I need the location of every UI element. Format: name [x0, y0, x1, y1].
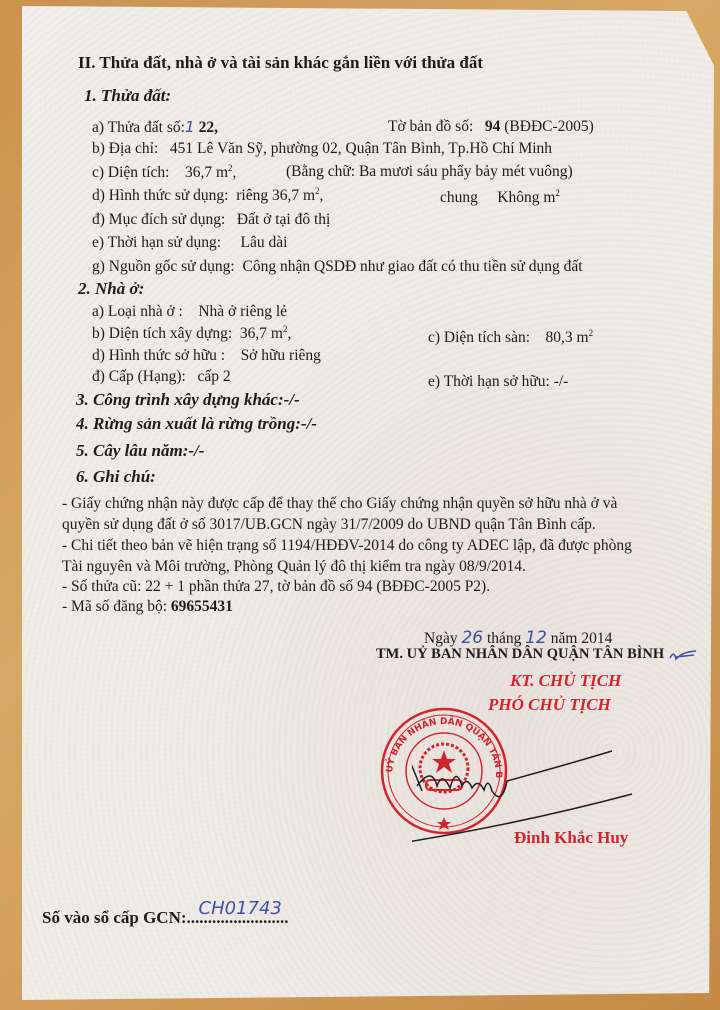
purpose-label: đ) Mục đích sử dụng:	[92, 211, 225, 228]
grade-label: đ) Cấp (Hạng):	[92, 368, 186, 385]
note-line: quyền sử dụng đất ở số 3017/UB.GCN ngày …	[62, 516, 596, 534]
note-line: - Chi tiết theo bản vẽ hiện trạng số 119…	[62, 537, 632, 555]
authority-text: TM. UỶ BAN NHÂN DÂN QUẬN TÂN BÌNH	[376, 646, 664, 662]
purpose-value: Đất ở tại đô thị	[237, 211, 330, 228]
parcel-row: a) Thửa đất số:1 22,	[92, 118, 218, 137]
origin-row: g) Nguồn gốc sử dụng: Công nhận QSDĐ như…	[92, 258, 583, 276]
parcel-label: a) Thửa đất số:	[92, 119, 185, 136]
area-label: c) Diện tích:	[92, 164, 169, 181]
usage-private: riêng 36,7 m	[236, 187, 315, 204]
grade-value: cấp 2	[197, 368, 230, 385]
day-label: Ngày	[424, 630, 458, 647]
area-words: (Bằng chữ: Ba mươi sáu phẩy bảy mét vuôn…	[286, 163, 573, 181]
map-sheet-row: Tờ bản đồ số: 94 (BĐĐC-2005)	[388, 118, 594, 136]
registration-row: - Mã số đăng bộ: 69655431	[62, 598, 233, 616]
parcel-number: 22,	[199, 119, 218, 136]
usage-shared-label: chung	[440, 189, 478, 206]
area-value: 36,7 m	[185, 164, 228, 181]
certificate-book-row: Số vào sổ cấp GCN:......................…	[42, 908, 289, 928]
build-area-value: 36,7 m	[240, 325, 283, 342]
build-area-label: b) Diện tích xây dựng:	[92, 325, 232, 342]
perennial-heading: 5. Cây lâu năm:-/-	[76, 441, 204, 461]
map-sheet-code: (BĐĐC-2005)	[504, 118, 594, 135]
house-type-value: Nhà ở riêng lẻ	[198, 303, 287, 320]
month-value: 12	[525, 628, 547, 648]
floor-area-label: c) Diện tích sàn:	[428, 329, 530, 346]
house-type-label: a) Loại nhà ở :	[92, 303, 183, 320]
term-label: e) Thời hạn sử dụng:	[92, 234, 221, 251]
house-heading: 2. Nhà ở:	[78, 279, 144, 299]
term-row: e) Thời hạn sử dụng: Lâu dài	[92, 234, 287, 252]
day-value: 26	[461, 628, 483, 648]
area-row: c) Diện tích: 36,7 m2,	[92, 163, 236, 182]
map-sheet-label: Tờ bản đồ số:	[388, 118, 473, 135]
usage-form-label: d) Hình thức sử dụng:	[92, 187, 229, 204]
certificate-book-label: Số vào sổ cấp GCN:	[42, 908, 187, 927]
own-term-value: -/-	[554, 373, 569, 390]
year-label: năm 2014	[551, 630, 613, 647]
date-row: Ngày 26 tháng 12 năm 2014	[424, 628, 612, 648]
floor-area-value: 80,3 m	[546, 329, 589, 346]
forest-heading: 4. Rừng sản xuất là rừng trồng:-/-	[76, 414, 317, 434]
certificate-book-field: ........................CH01743	[187, 908, 289, 928]
registration-value: 69655431	[171, 598, 233, 615]
signer-name: Đinh Khắc Huy	[514, 828, 628, 848]
ownership-row: d) Hình thức sở hữu : Sở hữu riêng	[92, 347, 321, 365]
address-label: b) Địa chỉ:	[92, 140, 158, 157]
address-row: b) Địa chỉ: 451 Lê Văn Sỹ, phường 02, Qu…	[92, 140, 552, 158]
parcel-handwritten: 1	[185, 118, 195, 136]
term-value: Lâu dài	[240, 234, 287, 251]
certificate-page: II. Thửa đất, nhà ở và tài sản khác gắn …	[22, 6, 714, 1000]
section-title: II. Thửa đất, nhà ở và tài sản khác gắn …	[78, 53, 483, 73]
authority-name: TM. UỶ BAN NHÂN DÂN QUẬN TÂN BÌNH	[376, 646, 698, 663]
usage-form-row: d) Hình thức sử dụng: riêng 36,7 m2,	[92, 186, 323, 205]
month-label: tháng	[487, 630, 521, 647]
own-term-row: e) Thời hạn sở hữu: -/-	[428, 373, 568, 391]
address-value: 451 Lê Văn Sỹ, phường 02, Quận Tân Bình,…	[170, 140, 552, 157]
title-deputy-label: KT. CHỦ TỊCH	[510, 671, 621, 691]
certificate-book-value: CH01743	[199, 898, 282, 919]
registration-label: - Mã số đăng bộ:	[62, 598, 167, 615]
checkmark-scribble-icon	[668, 648, 698, 662]
note-line: Tài nguyên và Môi trường, Phòng Quản lý …	[62, 558, 526, 576]
usage-shared-value: Không m	[497, 189, 555, 206]
floor-area-row: c) Diện tích sàn: 80,3 m2	[428, 328, 593, 347]
ownership-label: d) Hình thức sở hữu :	[92, 347, 225, 364]
construction-heading: 3. Công trình xây dựng khác:-/-	[76, 390, 300, 410]
own-term-label: e) Thời hạn sở hữu:	[428, 373, 550, 390]
grade-row: đ) Cấp (Hạng): cấp 2	[92, 368, 231, 386]
note-line: - Số thửa cũ: 22 + 1 phần thửa 27, tờ bả…	[62, 578, 490, 596]
land-heading: 1. Thửa đất:	[84, 86, 171, 106]
origin-value: Công nhận QSDĐ như giao đất có thu tiền …	[242, 258, 582, 275]
usage-shared: chung Không m2	[440, 188, 560, 207]
notes-heading: 6. Ghi chú:	[76, 467, 156, 487]
map-sheet-number: 94	[485, 118, 501, 135]
house-type-row: a) Loại nhà ở : Nhà ở riêng lẻ	[92, 303, 287, 321]
ownership-value: Sở hữu riêng	[241, 347, 321, 364]
note-line: - Giấy chứng nhận này được cấp để thay t…	[62, 495, 617, 513]
origin-label: g) Nguồn gốc sử dụng:	[92, 258, 235, 275]
purpose-row: đ) Mục đích sử dụng: Đất ở tại đô thị	[92, 211, 330, 229]
build-area-row: b) Diện tích xây dựng: 36,7 m2,	[92, 324, 291, 343]
